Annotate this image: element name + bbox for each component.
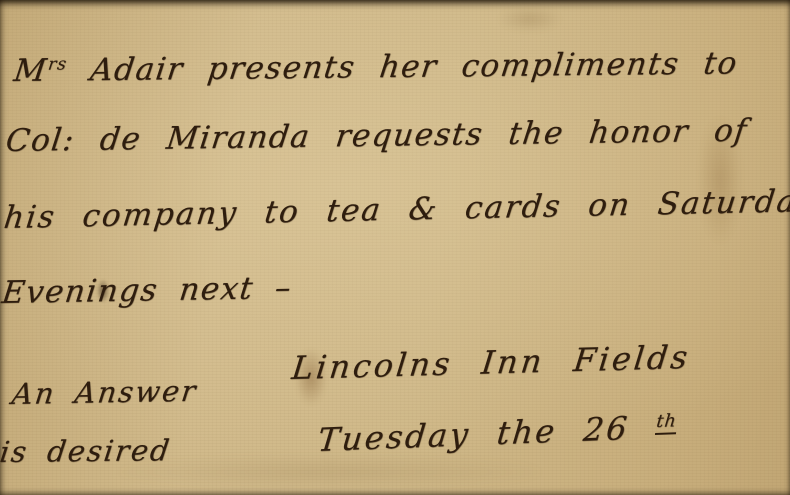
- note-line-1: Mrs Adair presents her compliments to: [12, 48, 740, 87]
- paper-stain: [498, 6, 562, 32]
- date-ordinal-superscript: th: [655, 411, 678, 435]
- date-text: Tuesday the 26: [316, 409, 631, 459]
- answer-request-line-1: An Answer: [10, 377, 199, 409]
- paper-stain: [120, 455, 540, 489]
- handwritten-invitation-card: Mrs Adair presents her compliments to Co…: [0, 0, 790, 495]
- date-line: Tuesday the 26 th: [316, 410, 678, 456]
- note-line-4: Evenings next –: [0, 273, 294, 309]
- note-line-1-text: Adair presents her compliments to: [64, 45, 740, 88]
- note-line-3: his company to tea & cards on Saturday: [2, 186, 790, 234]
- answer-request-line-2: is desired: [0, 436, 173, 467]
- address-line: Lincolns Inn Fields: [290, 341, 692, 384]
- salutation-initial: M: [12, 53, 50, 89]
- note-line-2: Col: de Miranda requests the honor of: [4, 116, 749, 157]
